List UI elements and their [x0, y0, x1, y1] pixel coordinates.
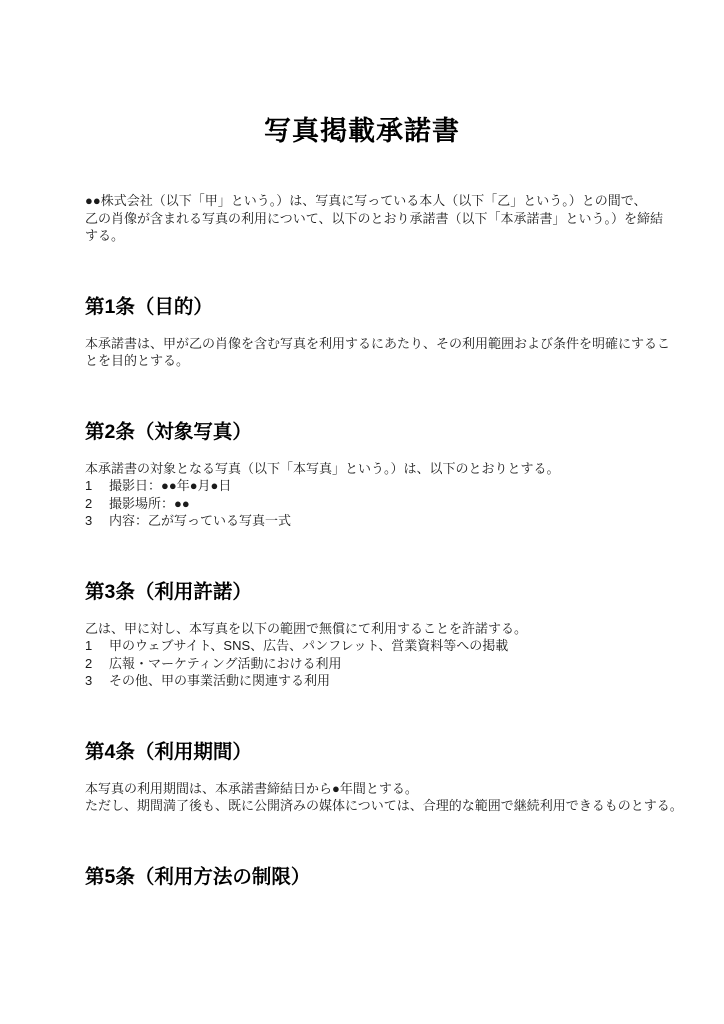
- list-item-number: 2: [85, 495, 109, 513]
- list-item-text: 内容：乙が写っている写真一式: [109, 512, 685, 530]
- section-3-license: 第3条（利用許諾） 乙は、甲に対し、本写真を以下の範囲で無償にて利用することを許…: [85, 579, 685, 690]
- section-3-heading: 第3条（利用許諾）: [85, 579, 685, 605]
- section-1-purpose: 第1条（目的） 本承諾書は、甲が乙の肖像を含む写真を利用するにあたり、その利用範…: [85, 294, 685, 370]
- list-item-number: 1: [85, 477, 109, 495]
- list-item: 1 甲のウェブサイト、SNS、広告、パンフレット、営業資料等への掲載: [85, 637, 685, 655]
- section-3-list: 1 甲のウェブサイト、SNS、広告、パンフレット、営業資料等への掲載 2 広報・…: [85, 637, 685, 690]
- list-item-text: その他、甲の事業活動に関連する利用: [109, 672, 685, 690]
- intro-paragraph: ●●株式会社（以下「甲」という。）は、写真に写っている本人（以下「乙」という。）…: [85, 192, 685, 245]
- list-item: 2 撮影場所：●●: [85, 495, 685, 513]
- section-4-heading: 第4条（利用期間）: [85, 739, 685, 765]
- section-5-usage-restrictions: 第5条（利用方法の制限）: [85, 864, 685, 890]
- section-2-body: 本承諾書の対象となる写真（以下「本写真」という。）は、以下のとおりとする。: [85, 460, 685, 478]
- section-3-body: 乙は、甲に対し、本写真を以下の範囲で無償にて利用することを許諾する。: [85, 620, 685, 638]
- section-2-list: 1 撮影日：●●年●月●日 2 撮影場所：●● 3 内容：乙が写っている写真一式: [85, 477, 685, 530]
- list-item: 2 広報・マーケティング活動における利用: [85, 655, 685, 673]
- section-1-body: 本承諾書は、甲が乙の肖像を含む写真を利用するにあたり、その利用範囲および条件を明…: [85, 335, 685, 370]
- list-item: 1 撮影日：●●年●月●日: [85, 477, 685, 495]
- section-4-usage-period: 第4条（利用期間） 本写真の利用期間は、本承諾書締結日から●年間とする。 ただし…: [85, 739, 685, 815]
- section-1-heading: 第1条（目的）: [85, 294, 685, 320]
- section-4-body: 本写真の利用期間は、本承諾書締結日から●年間とする。 ただし、期間満了後も、既に…: [85, 780, 685, 815]
- list-item-text: 撮影場所：●●: [109, 495, 685, 513]
- list-item-number: 2: [85, 655, 109, 673]
- section-2-target-photos: 第2条（対象写真） 本承諾書の対象となる写真（以下「本写真」という。）は、以下の…: [85, 419, 685, 530]
- list-item: 3 その他、甲の事業活動に関連する利用: [85, 672, 685, 690]
- list-item-number: 3: [85, 672, 109, 690]
- list-item-number: 3: [85, 512, 109, 530]
- list-item-text: 甲のウェブサイト、SNS、広告、パンフレット、営業資料等への掲載: [109, 637, 685, 655]
- document-page: 写真掲載承諾書 ●●株式会社（以下「甲」という。）は、写真に写っている本人（以下…: [0, 0, 724, 1024]
- section-2-heading: 第2条（対象写真）: [85, 419, 685, 445]
- document-title: 写真掲載承諾書: [0, 116, 724, 146]
- list-item-number: 1: [85, 637, 109, 655]
- list-item-text: 撮影日：●●年●月●日: [109, 477, 685, 495]
- list-item: 3 内容：乙が写っている写真一式: [85, 512, 685, 530]
- list-item-text: 広報・マーケティング活動における利用: [109, 655, 685, 673]
- section-5-heading: 第5条（利用方法の制限）: [85, 864, 685, 890]
